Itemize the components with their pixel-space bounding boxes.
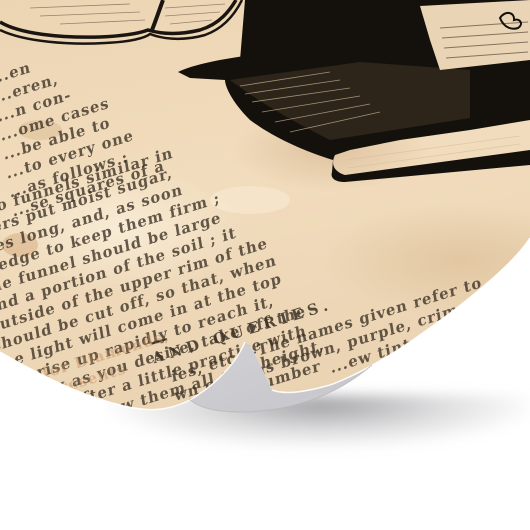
- product-photo: ...en ...eren, ...n con- ...ome cases ..…: [0, 0, 530, 530]
- outlined-frame-hatching: [30, 4, 225, 24]
